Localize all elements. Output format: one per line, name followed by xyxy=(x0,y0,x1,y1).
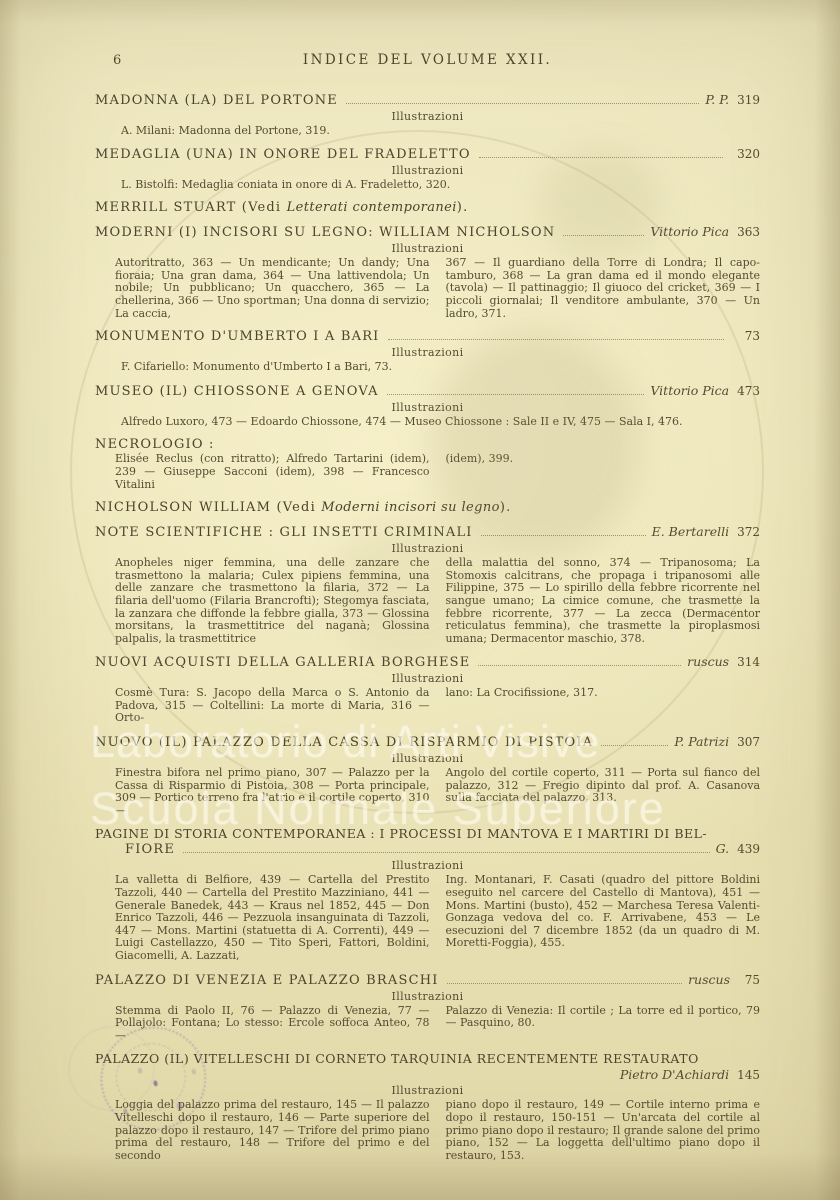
index-entry: PALAZZO (IL) VITELLESCHI DI CORNETO TARQ… xyxy=(95,1051,760,1162)
illustration-text: L. Bistolfi: Medaglia coniata in onore d… xyxy=(121,179,760,192)
entry-heading-line: PAGINE DI STORIA CONTEMPORANEA : I PROCE… xyxy=(95,826,760,841)
dotted-leader xyxy=(447,983,682,984)
illustrations-label: Illustrazioni xyxy=(95,990,760,1003)
necrology-text-left: Elisée Reclus (con ritratto); Alfredo Ta… xyxy=(115,453,430,491)
entry-heading: NUOVI ACQUISTI DELLA GALLERIA BORGHESE xyxy=(95,655,470,670)
entry-heading: NUOVO (IL) PALAZZO DELLA CASSA DI RISPAR… xyxy=(95,735,593,750)
entry-heading-line: NUOVI ACQUISTI DELLA GALLERIA BORGHESE r… xyxy=(95,654,760,670)
index-entry: NUOVI ACQUISTI DELLA GALLERIA BORGHESE r… xyxy=(95,654,760,725)
dotted-leader xyxy=(479,157,723,158)
illustrations-label: Illustrazioni xyxy=(95,346,760,359)
illustrations-label: Illustrazioni xyxy=(95,1084,760,1097)
illustration-text-right: della malattia del sonno, 374 — Tripanos… xyxy=(446,557,761,645)
entry-heading-line: PALAZZO DI VENEZIA E PALAZZO BRASCHI rus… xyxy=(95,972,760,988)
scanned-index-page: 6 INDICE DEL VOLUME XXII. MADONNA (LA) D… xyxy=(0,0,840,1200)
entry-heading-line: NUOVO (IL) PALAZZO DELLA CASSA DI RISPAR… xyxy=(95,734,760,750)
entry-author: Vittorio Pica xyxy=(650,224,729,239)
entry-page-ref: 372 xyxy=(737,525,760,539)
dotted-leader xyxy=(601,745,668,746)
illustration-columns: La valletta di Belfiore, 439 — Cartella … xyxy=(115,874,760,962)
entry-heading: PAGINE DI STORIA CONTEMPORANEA : I PROCE… xyxy=(95,826,707,841)
index-entry: MADONNA (LA) DEL PORTONE P. P. 319 Illus… xyxy=(95,92,760,138)
entry-heading: PALAZZO (IL) VITELLESCHI DI CORNETO TARQ… xyxy=(95,1051,699,1066)
illustration-columns: Anopheles niger femmina, una delle zanza… xyxy=(115,557,760,645)
index-entry: NUOVO (IL) PALAZZO DELLA CASSA DI RISPAR… xyxy=(95,734,760,817)
entry-heading: MADONNA (LA) DEL PORTONE xyxy=(95,93,338,108)
illustration-columns: Loggia del palazzo prima del restauro, 1… xyxy=(115,1099,760,1162)
illustration-text-left: Loggia del palazzo prima del restauro, 1… xyxy=(115,1099,430,1162)
entry-heading-continued: FIORE xyxy=(125,842,175,857)
index-entry: NOTE SCIENTIFICHE : GLI INSETTI CRIMINAL… xyxy=(95,524,760,645)
dotted-leader xyxy=(563,235,644,236)
dotted-leader xyxy=(481,535,646,536)
illustration-text-left: La valletta di Belfiore, 439 — Cartella … xyxy=(115,874,430,962)
illustrations-label: Illustrazioni xyxy=(95,401,760,414)
entry-page-ref: 320 xyxy=(737,147,760,161)
illustrations-label: Illustrazioni xyxy=(95,859,760,872)
entry-page-ref: 363 xyxy=(737,225,760,239)
index-entry: MEDAGLIA (UNA) IN ONORE DEL FRADELETTO 3… xyxy=(95,147,760,192)
entry-heading: NOTE SCIENTIFICHE : GLI INSETTI CRIMINAL… xyxy=(95,525,473,540)
entry-heading: MEDAGLIA (UNA) IN ONORE DEL FRADELETTO xyxy=(95,147,471,162)
entry-heading-text: MERRILL STUART (Vedi xyxy=(95,200,287,215)
entry-heading: MUSEO (IL) CHIOSSONE A GENOVA xyxy=(95,384,379,399)
entry-heading: NECROLOGIO : xyxy=(95,437,215,452)
illustrations-label: Illustrazioni xyxy=(95,242,760,255)
illustration-columns: Autoritratto, 363 — Un mendicante; Un da… xyxy=(115,257,760,320)
index-sections: MADONNA (LA) DEL PORTONE P. P. 319 Illus… xyxy=(95,92,760,1162)
dotted-leader xyxy=(387,394,645,395)
illustrations-label: Illustrazioni xyxy=(95,110,760,123)
illustrations-label: Illustrazioni xyxy=(95,672,760,685)
illustrations-label: Illustrazioni xyxy=(95,164,760,177)
illustration-columns: Elisée Reclus (con ritratto); Alfredo Ta… xyxy=(115,453,760,491)
entry-page-ref: 314 xyxy=(737,655,760,669)
entry-heading: PALAZZO DI VENEZIA E PALAZZO BRASCHI xyxy=(95,973,439,988)
index-entry: NECROLOGIO : Elisée Reclus (con ritratto… xyxy=(95,437,760,491)
necrology-text-right: (idem), 399. xyxy=(446,453,761,491)
illustration-columns: Stemma di Paolo II, 76 — Palazzo di Vene… xyxy=(115,1005,760,1043)
entry-author-line: Pietro D'Achiardi 145 xyxy=(95,1067,760,1082)
illustrations-label: Illustrazioni xyxy=(95,752,760,765)
entry-heading-line: PALAZZO (IL) VITELLESCHI DI CORNETO TARQ… xyxy=(95,1051,760,1066)
entry-heading-line: MEDAGLIA (UNA) IN ONORE DEL FRADELETTO 3… xyxy=(95,147,760,162)
index-entry: PAGINE DI STORIA CONTEMPORANEA : I PROCE… xyxy=(95,826,760,962)
dotted-leader xyxy=(346,103,699,104)
entry-author: G. xyxy=(716,841,730,856)
page-header: 6 INDICE DEL VOLUME XXII. xyxy=(95,52,760,68)
entry-author: Pietro D'Achiardi xyxy=(620,1067,729,1082)
entry-heading-line: MUSEO (IL) CHIOSSONE A GENOVA Vittorio P… xyxy=(95,383,760,399)
illustration-text: Alfredo Luxoro, 473 — Edoardo Chiossone,… xyxy=(121,416,760,429)
illustrations-label: Illustrazioni xyxy=(95,542,760,555)
entry-heading: MONUMENTO D'UMBERTO I A BARI xyxy=(95,329,380,344)
entry-page-ref: 439 xyxy=(737,842,760,856)
entry-page-ref: 73 xyxy=(738,329,760,343)
illustration-text-left: Finestra bifora nel primo piano, 307 — P… xyxy=(115,767,430,817)
entry-heading-cross-ref: Moderni incisori su legno xyxy=(321,500,500,515)
illustration-text: F. Cifariello: Monumento d'Umberto I a B… xyxy=(121,361,760,374)
illustration-columns: Cosmè Tura: S. Jacopo della Marca o S. A… xyxy=(115,687,760,725)
entry-heading-line: MADONNA (LA) DEL PORTONE P. P. 319 xyxy=(95,92,760,108)
entry-heading-line-2: FIORE G. 439 xyxy=(125,841,760,857)
index-entry: MODERNI (I) INCISORI SU LEGNO: WILLIAM N… xyxy=(95,224,760,320)
illustration-text-left: Autoritratto, 363 — Un mendicante; Un da… xyxy=(115,257,430,320)
entry-author: ruscus xyxy=(688,972,730,987)
entry-heading-text: NICHOLSON WILLIAM (Vedi xyxy=(95,500,321,515)
entry-author: ruscus xyxy=(687,654,729,669)
entry-heading: MERRILL STUART (Vedi Letterati contempor… xyxy=(95,200,468,215)
illustration-text: A. Milani: Madonna del Portone, 319. xyxy=(121,125,760,138)
entry-author: Vittorio Pica xyxy=(650,383,729,398)
dotted-leader xyxy=(183,852,709,853)
dotted-leader xyxy=(388,339,724,340)
entry-heading-line: NICHOLSON WILLIAM (Vedi Moderni incisori… xyxy=(95,500,760,515)
entry-page-ref: 145 xyxy=(737,1068,760,1082)
entry-heading: NICHOLSON WILLIAM (Vedi Moderni incisori… xyxy=(95,500,511,515)
illustration-text-right: Ing. Montanari, F. Casati (quadro del pi… xyxy=(446,874,761,962)
illustration-text-right: 367 — Il guardiano della Torre di Londra… xyxy=(446,257,761,320)
entry-author: P. Patrizi xyxy=(674,734,729,749)
entry-author: P. P. xyxy=(705,92,729,107)
entry-page-ref: 473 xyxy=(737,384,760,398)
page-title: INDICE DEL VOLUME XXII. xyxy=(95,52,760,68)
entry-heading: MODERNI (I) INCISORI SU LEGNO: WILLIAM N… xyxy=(95,225,555,240)
illustration-text-left: Anopheles niger femmina, una delle zanza… xyxy=(115,557,430,645)
entry-heading-line: MONUMENTO D'UMBERTO I A BARI 73 xyxy=(95,329,760,344)
page-number: 6 xyxy=(113,53,121,68)
entry-heading-text: ). xyxy=(500,500,512,515)
dotted-leader xyxy=(478,665,681,666)
entry-author: E. Bertarelli xyxy=(652,524,729,539)
illustration-text-right: lano: La Crocifissione, 317. xyxy=(446,687,761,725)
entry-page-ref: 75 xyxy=(738,973,760,987)
index-entry: MERRILL STUART (Vedi Letterati contempor… xyxy=(95,200,760,215)
entry-page-ref: 307 xyxy=(737,735,760,749)
illustration-text-left: Stemma di Paolo II, 76 — Palazzo di Vene… xyxy=(115,1005,430,1043)
index-entry: NICHOLSON WILLIAM (Vedi Moderni incisori… xyxy=(95,500,760,515)
entry-heading-line: MODERNI (I) INCISORI SU LEGNO: WILLIAM N… xyxy=(95,224,760,240)
entry-heading-line: NECROLOGIO : xyxy=(95,437,760,452)
illustration-text-right: Palazzo di Venezia: Il cortile ; La torr… xyxy=(446,1005,761,1043)
entry-heading-cross-ref: Letterati contemporanei xyxy=(287,200,457,215)
index-entry: MUSEO (IL) CHIOSSONE A GENOVA Vittorio P… xyxy=(95,383,760,429)
entry-heading-text: ). xyxy=(457,200,469,215)
illustration-text-right: Angolo del cortile coperto, 311 — Porta … xyxy=(446,767,761,817)
illustration-text-left: Cosmè Tura: S. Jacopo della Marca o S. A… xyxy=(115,687,430,725)
illustration-text-right: piano dopo il restauro, 149 — Cortile in… xyxy=(446,1099,761,1162)
illustration-columns: Finestra bifora nel primo piano, 307 — P… xyxy=(115,767,760,817)
entry-heading-line: NOTE SCIENTIFICHE : GLI INSETTI CRIMINAL… xyxy=(95,524,760,540)
index-entry: PALAZZO DI VENEZIA E PALAZZO BRASCHI rus… xyxy=(95,972,760,1043)
index-entry: MONUMENTO D'UMBERTO I A BARI 73 Illustra… xyxy=(95,329,760,374)
entry-page-ref: 319 xyxy=(737,93,760,107)
entry-heading-line: MERRILL STUART (Vedi Letterati contempor… xyxy=(95,200,760,215)
